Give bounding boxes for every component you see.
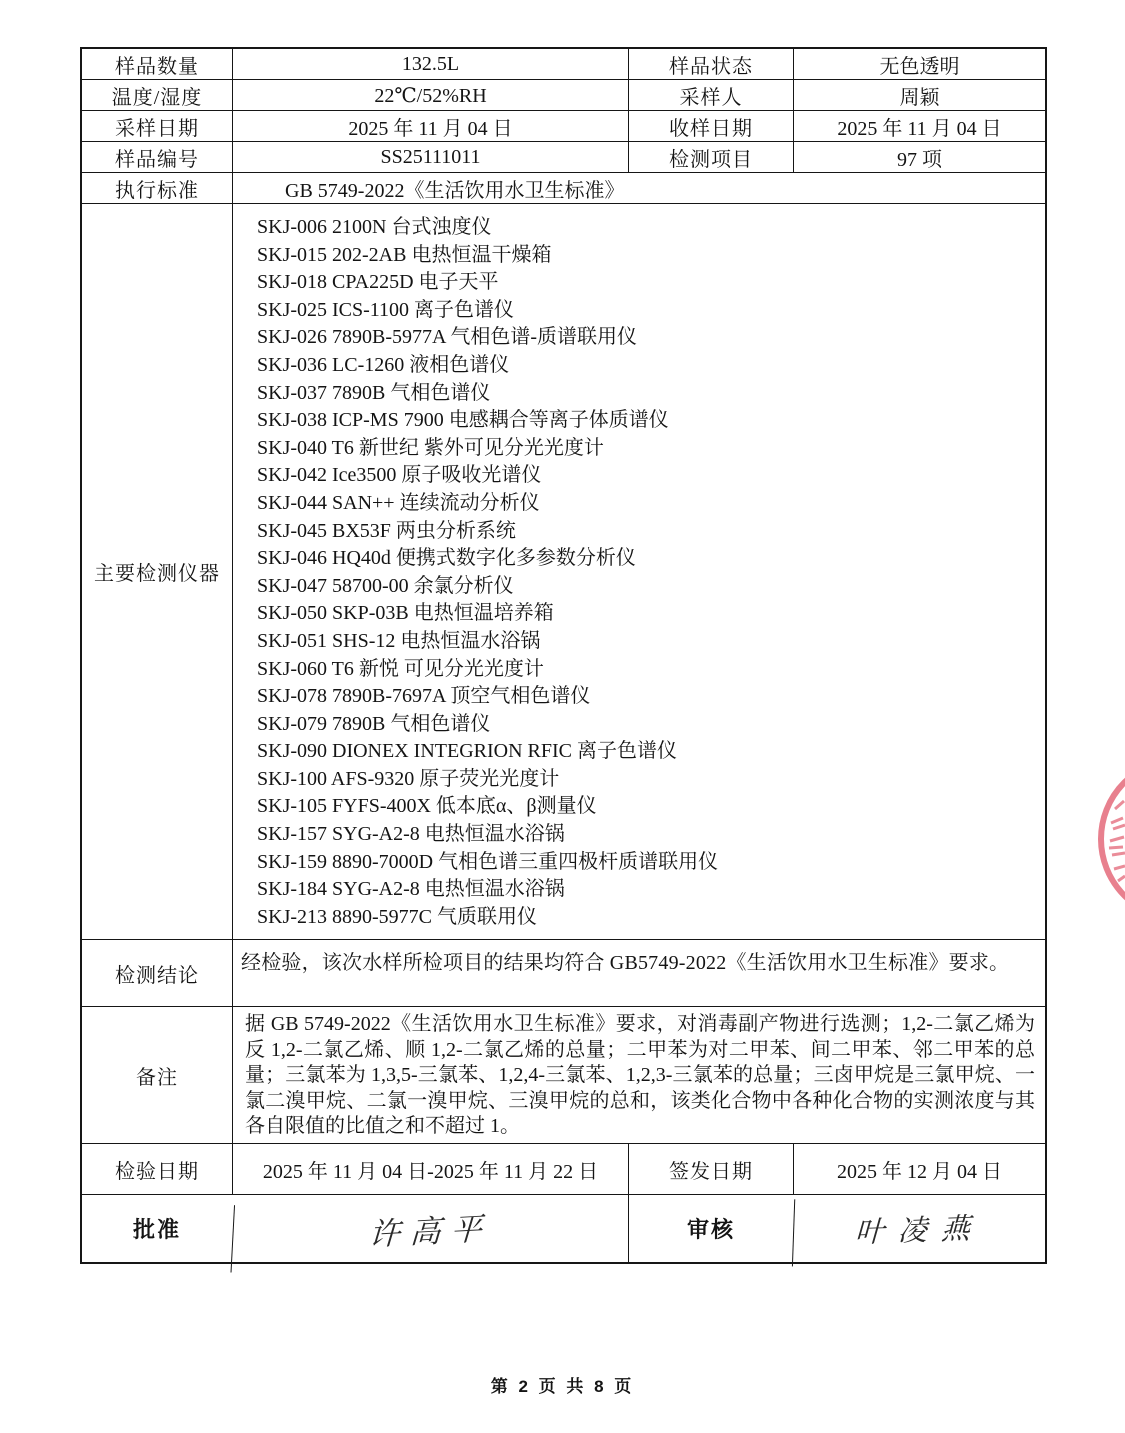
field-value-sample-state: 无色透明 xyxy=(793,49,1045,79)
field-label-standard: 执行标准 xyxy=(82,173,232,203)
instrument-item: SKJ-025 ICS-1100 离子色谱仪 xyxy=(257,297,514,325)
field-label-approve: 批准 xyxy=(82,1195,232,1262)
field-label-issue-date: 签发日期 xyxy=(628,1144,793,1194)
approver-signature: 许高平 xyxy=(231,1184,630,1272)
field-value-receive-date: 2025 年 11 月 04 日 xyxy=(793,111,1045,141)
instrument-item: SKJ-090 DIONEX INTEGRION RFIC 离子色谱仪 xyxy=(257,738,677,766)
table-row: 样品数量 132.5L 样品状态 无色透明 xyxy=(82,49,1045,79)
field-value-sampling-date: 2025 年 11 月 04 日 xyxy=(232,111,628,141)
field-label-sample-no: 样品编号 xyxy=(82,142,232,172)
table-row: 执行标准 GB 5749-2022《生活饮用水卫生标准》 xyxy=(82,172,1045,203)
field-label-review: 审核 xyxy=(628,1195,793,1262)
instrument-item: SKJ-026 7890B-5977A 气相色谱-质谱联用仪 xyxy=(257,324,637,352)
instrument-item: SKJ-042 Ice3500 原子吸收光谱仪 xyxy=(257,462,541,490)
field-value-sample-quantity: 132.5L xyxy=(232,49,628,79)
instrument-item: SKJ-038 ICP-MS 7900 电感耦合等离子体质谱仪 xyxy=(257,407,669,435)
instrument-item: SKJ-159 8890-7000D 气相色谱三重四极杆质谱联用仪 xyxy=(257,849,718,877)
instrument-item: SKJ-213 8890-5977C 气质联用仪 xyxy=(257,904,537,932)
instrument-item: SKJ-046 HQ40d 便携式数字化多参数分析仪 xyxy=(257,545,636,573)
field-label-sample-quantity: 样品数量 xyxy=(82,49,232,79)
instrument-item: SKJ-047 58700-00 余氯分析仪 xyxy=(257,573,514,601)
instrument-item: SKJ-051 SHS-12 电热恒温水浴锅 xyxy=(257,628,540,656)
field-value-standard: GB 5749-2022《生活饮用水卫生标准》 xyxy=(232,173,1045,203)
field-label-sampler: 采样人 xyxy=(628,80,793,110)
table-row: 采样日期 2025 年 11 月 04 日 收样日期 2025 年 11 月 0… xyxy=(82,110,1045,141)
field-label-receive-date: 收样日期 xyxy=(628,111,793,141)
instrument-item: SKJ-105 FYFS-400X 低本底α、β测量仪 xyxy=(257,793,597,821)
field-value-sample-no: SS25111011 xyxy=(232,142,628,172)
table-row: 主要检测仪器 SKJ-006 2100N 台式浊度仪 SKJ-015 202-2… xyxy=(82,203,1045,939)
instrument-item: SKJ-060 T6 新悦 可见分光光度计 xyxy=(257,656,544,684)
field-label-instruments: 主要检测仪器 xyxy=(82,204,232,939)
field-label-sample-state: 样品状态 xyxy=(628,49,793,79)
red-seal-stamp-icon xyxy=(1095,763,1125,915)
report-page: 样品数量 132.5L 样品状态 无色透明 温度/湿度 22℃/52%RH 采样… xyxy=(0,0,1125,1433)
reviewer-signature: 叶凌燕 xyxy=(792,1191,1046,1267)
instrument-list: SKJ-006 2100N 台式浊度仪 SKJ-015 202-2AB 电热恒温… xyxy=(232,204,1045,939)
table-row: 温度/湿度 22℃/52%RH 采样人 周颖 xyxy=(82,79,1045,110)
table-row: 样品编号 SS25111011 检测项目 97 项 xyxy=(82,141,1045,172)
table-row: 检验日期 2025 年 11 月 04 日-2025 年 11 月 22 日 签… xyxy=(82,1143,1045,1194)
field-value-sampler: 周颖 xyxy=(793,80,1045,110)
field-label-conclusion: 检测结论 xyxy=(82,940,232,1006)
instrument-item: SKJ-079 7890B 气相色谱仪 xyxy=(257,711,490,739)
page-number: 第 2 页 共 8 页 xyxy=(0,1372,1125,1397)
instrument-item: SKJ-078 7890B-7697A 顶空气相色谱仪 xyxy=(257,683,590,711)
field-value-temp-humidity: 22℃/52%RH xyxy=(232,80,628,110)
instrument-item: SKJ-157 SYG-A2-8 电热恒温水浴锅 xyxy=(257,821,565,849)
instrument-item: SKJ-044 SAN++ 连续流动分析仪 xyxy=(257,490,540,518)
instrument-item: SKJ-040 T6 新世纪 紫外可见分光光度计 xyxy=(257,435,604,463)
field-label-sampling-date: 采样日期 xyxy=(82,111,232,141)
table-row: 备注 据 GB 5749-2022《生活饮用水卫生标准》要求，对消毒副产物进行选… xyxy=(82,1006,1045,1143)
field-value-test-date: 2025 年 11 月 04 日-2025 年 11 月 22 日 xyxy=(232,1144,628,1194)
instrument-item: SKJ-037 7890B 气相色谱仪 xyxy=(257,380,490,408)
remark-text: 据 GB 5749-2022《生活饮用水卫生标准》要求，对消毒副产物进行选测；1… xyxy=(232,1007,1045,1143)
table-row: 检测结论 经检验，该次水样所检项目的结果均符合 GB5749-2022《生活饮用… xyxy=(82,939,1045,1006)
field-value-test-items: 97 项 xyxy=(793,142,1045,172)
instrument-item: SKJ-100 AFS-9320 原子荧光光度计 xyxy=(257,766,559,794)
water-test-report-table: 样品数量 132.5L 样品状态 无色透明 温度/湿度 22℃/52%RH 采样… xyxy=(80,47,1047,1264)
instrument-item: SKJ-036 LC-1260 液相色谱仪 xyxy=(257,352,509,380)
field-label-temp-humidity: 温度/湿度 xyxy=(82,80,232,110)
field-label-remark: 备注 xyxy=(82,1007,232,1143)
field-value-issue-date: 2025 年 12 月 04 日 xyxy=(793,1144,1045,1194)
instrument-item: SKJ-006 2100N 台式浊度仪 xyxy=(257,214,491,242)
conclusion-text: 经检验，该次水样所检项目的结果均符合 GB5749-2022《生活饮用水卫生标准… xyxy=(232,940,1045,1006)
instrument-item: SKJ-184 SYG-A2-8 电热恒温水浴锅 xyxy=(257,876,565,904)
instrument-item: SKJ-045 BX53F 两虫分析系统 xyxy=(257,518,516,546)
instrument-item: SKJ-015 202-2AB 电热恒温干燥箱 xyxy=(257,242,551,270)
field-label-test-date: 检验日期 xyxy=(82,1144,232,1194)
table-row: 批准 许高平 审核 叶凌燕 xyxy=(82,1194,1045,1262)
instrument-item: SKJ-018 CPA225D 电子天平 xyxy=(257,269,499,297)
field-label-test-items: 检测项目 xyxy=(628,142,793,172)
instrument-item: SKJ-050 SKP-03B 电热恒温培养箱 xyxy=(257,600,554,628)
